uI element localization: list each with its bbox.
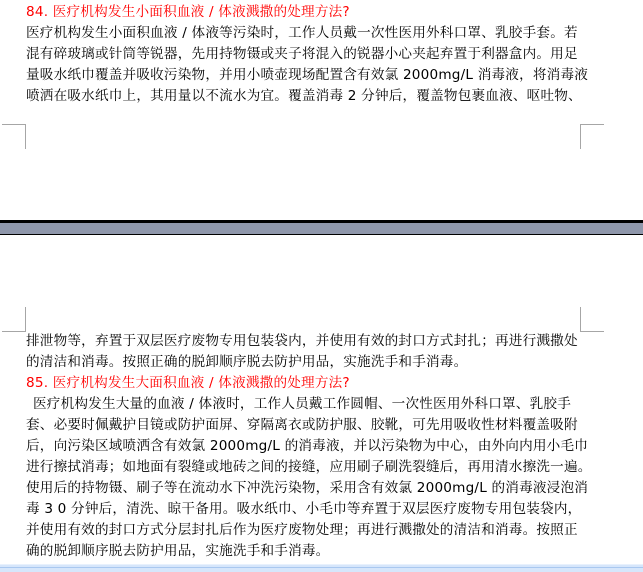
paragraph-line: 并使用有效的封口方式分层封扎后作为医疗废物处理；再进行溅撒处的清洁和消毒。按照正 bbox=[26, 520, 582, 541]
paragraph-line: 排泄物等，弃置于双层医疗废物专用包装袋内，并使用有效的封口方式封扎；再进行溅撒处 bbox=[26, 331, 582, 352]
paragraph-line: 混有碎玻璃或针筒等锐器，先用持物镊或夹子将混入的锐器小心夹起弃置于利器盒内。用足 bbox=[26, 44, 582, 65]
page-break-separator bbox=[0, 220, 643, 235]
paragraph-line: 的清洁和消毒。按照正确的脱卸顺序脱去防护用品，实施洗手和手消毒。 bbox=[26, 352, 582, 373]
paragraph-line: 医疗机构发生大量的血液 / 体液时，工作人员戴工作圆帽、一次性医用外科口罩、乳胶… bbox=[26, 394, 582, 415]
paragraph-line: 医疗机构发生小面积血液 / 体液等污染时，工作人员戴一次性医用外科口罩、乳胶手套… bbox=[26, 23, 582, 44]
paragraph-line: 量吸水纸巾覆盖并吸收污染物，并用小喷壶现场配置含有效氯 2000mg/L 消毒液… bbox=[26, 65, 582, 86]
margin-corner-mark-top-right bbox=[580, 307, 604, 332]
page-2-text[interactable]: 排泄物等，弃置于双层医疗废物专用包装袋内，并使用有效的封口方式封扎；再进行溅撒处… bbox=[26, 331, 582, 562]
paragraph-line: 进行擦拭消毒；如地面有裂缝或地砖之间的接缝，应用刷子刷洗裂缝后，再用清水擦洗一遍… bbox=[26, 457, 582, 478]
margin-corner-mark-bottom-right bbox=[580, 124, 604, 149]
document-page-1[interactable]: 84. 医疗机构发生小面积血液 / 体液溅撒的处理方法? 医疗机构发生小面积血液… bbox=[0, 0, 643, 220]
question-84-heading: 84. 医疗机构发生小面积血液 / 体液溅撒的处理方法? bbox=[26, 2, 582, 23]
margin-corner-mark-top-left bbox=[2, 307, 26, 332]
page-1-text[interactable]: 84. 医疗机构发生小面积血液 / 体液溅撒的处理方法? 医疗机构发生小面积血液… bbox=[26, 2, 582, 107]
paragraph-line: 喷洒在吸水纸巾上，其用量以不流水为宜。覆盖消毒 2 分钟后，覆盖物包裹血液、呕吐… bbox=[26, 86, 582, 107]
paragraph-line: 套、必要时佩戴护目镜或防护面屏、穿隔离衣或防护服、胶靴，可先用吸收性材料覆盖吸附 bbox=[26, 415, 582, 436]
paragraph-line: 确的脱卸顺序脱去防护用品，实施洗手和手消毒。 bbox=[26, 541, 582, 562]
margin-corner-mark-bottom-left bbox=[2, 124, 26, 149]
status-bar-edge bbox=[0, 564, 643, 572]
paragraph-line: 毒 3 0 分钟后，清洗、晾干备用。吸水纸巾、小毛巾等弃置于双层医疗废物专用包装… bbox=[26, 499, 582, 520]
paragraph-line: 后，向污染区域喷洒含有效氯 2000mg/L 的消毒液，并以污染物为中心，由外向… bbox=[26, 436, 582, 457]
question-85-heading: 85. 医疗机构发生大面积血液 / 体液溅撒的处理方法? bbox=[26, 373, 582, 394]
paragraph-line: 使用后的持物镊、刷子等在流动水下冲洗污染物，采用含有效氯 2000mg/L 的消… bbox=[26, 478, 582, 499]
